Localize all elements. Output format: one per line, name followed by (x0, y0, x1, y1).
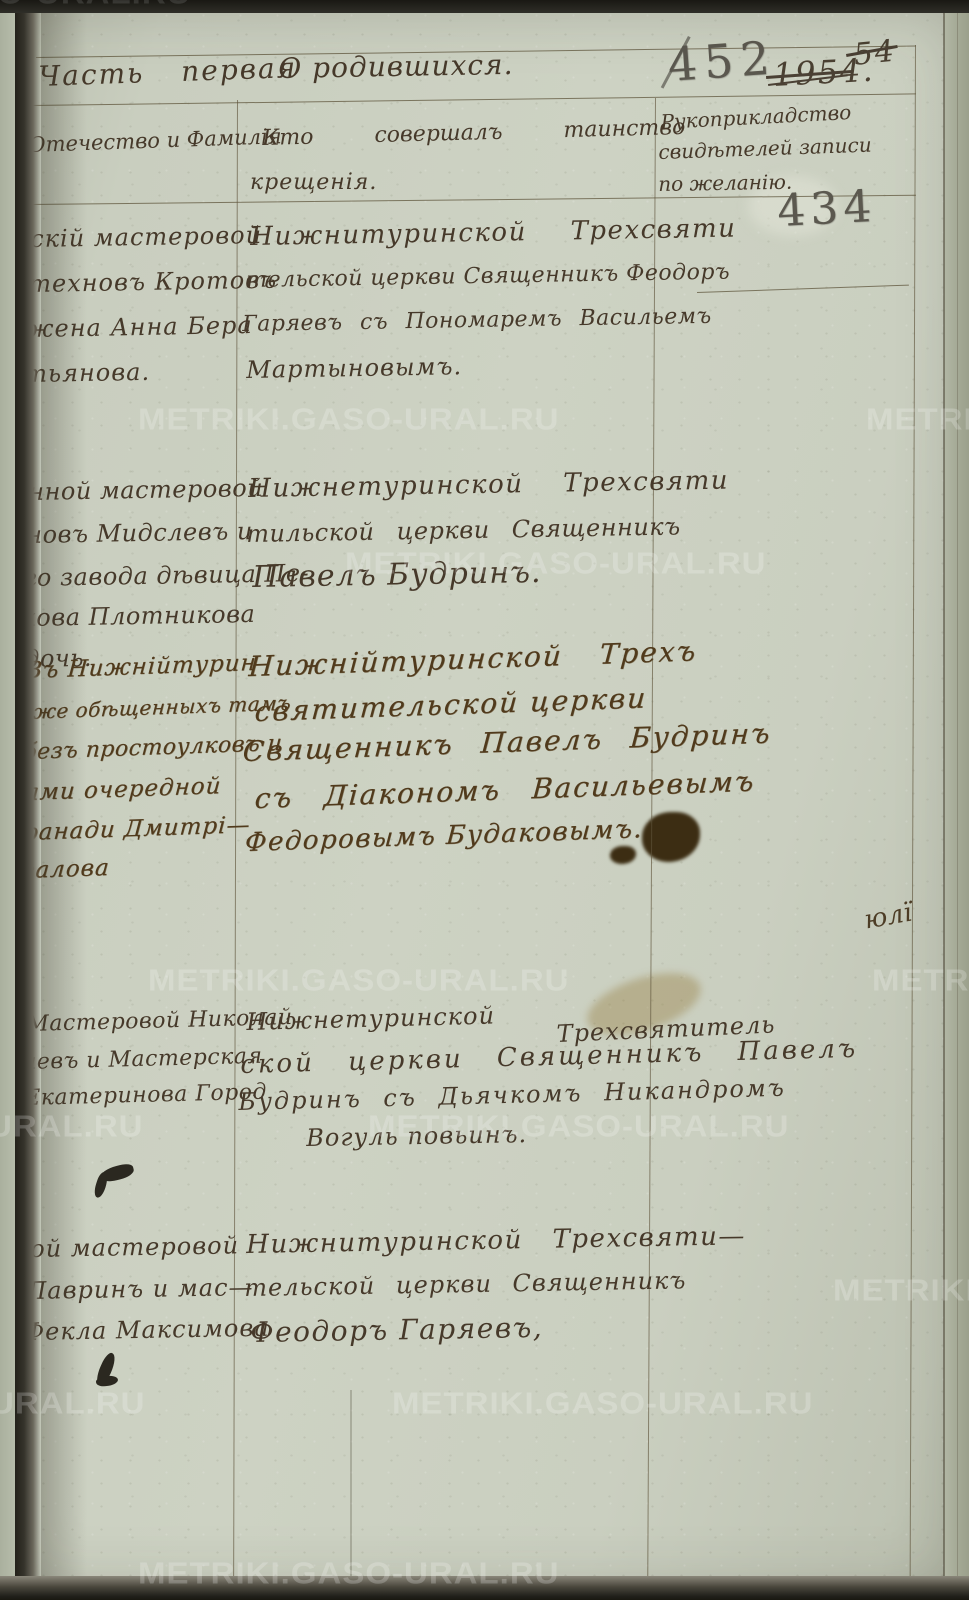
record-line: Нижнійтуринской Трехъ (248, 634, 699, 683)
record-line: ской церкви Священникъ Павелъ (240, 1034, 859, 1080)
record-line: Федоровымъ Будаковымъ. (244, 814, 645, 858)
record-line: Нижнитуринской Трехсвяти— (246, 1221, 746, 1260)
document-scan: Часть первая О родившихся. 452 1954. 54 … (0, 0, 969, 1600)
page-edge-line (943, 0, 945, 1600)
record-line: Мартыновымъ. (246, 352, 462, 384)
page-number-pencil: 452 (666, 30, 778, 91)
paper-crease (350, 1390, 352, 1580)
record-line: Феодоръ Гаряевъ, (250, 1311, 543, 1349)
record-line: Нижнитуринской Трехсвяти (250, 214, 737, 252)
page-edge-line (957, 0, 958, 1600)
watermark: METRIKI.GASO-URAL.RU (345, 546, 766, 581)
record-line: Гаряевъ съ Пономаремъ Васильемъ (242, 304, 712, 337)
facing-page-edge (0, 0, 15, 1600)
ink-blot (610, 846, 636, 864)
watermark: METRIKI.GASO-URAL.RU (392, 1386, 813, 1421)
col2-header-line1: Кто совершалъ таинство (262, 115, 686, 151)
table-ruling-right-border (910, 45, 916, 1578)
watermark: METRIKI.GASO-URAL.RU (138, 1556, 559, 1591)
watermark: METRIKI.GASO-URAL.RU (866, 402, 969, 437)
watermark: METRIKI.GASO-URAL.RU (148, 963, 569, 998)
watermark: METRIKI.GASO-URAL.RU (368, 1109, 789, 1144)
col2-header-line2: крещенія. (250, 170, 377, 195)
col3-header-line3: по желанію. (658, 170, 792, 196)
table-ruling-col3-sub (697, 285, 909, 293)
section-title: О родившихся. (278, 48, 514, 85)
book-binding (15, 0, 41, 1600)
record-line: святительской церкви (254, 681, 649, 728)
col3-header-line2: свидѣтелей записи (658, 133, 872, 164)
watermark: METRIKI.GASO-URAL.RU (0, 1109, 143, 1144)
scan-top-edge: METRIKI.GASO-URAL.RU (0, 0, 969, 13)
margin-note: юлї (862, 898, 914, 936)
watermark: METRIKI.GASO-URAL.RU (0, 0, 191, 11)
record-line: Нижнетуринской (246, 1001, 495, 1035)
col3-header-line1: Рукоприкладство (660, 100, 852, 134)
watermark: METRIKI.GASO-URAL.RU (872, 963, 969, 998)
watermark: METRIKI.GASO-URAL.RU (138, 402, 559, 437)
watermark: METRIKI.GASO-URAL.RU (833, 1273, 969, 1308)
record-line: съ Діакономъ Васильевымъ (254, 765, 757, 816)
record-line: тильской церкви Священникъ (246, 512, 681, 548)
record-line: Нижнетуринской Трехсвяти (248, 466, 729, 504)
record-line: тельской церкви Священникъ Феодоръ (246, 260, 730, 293)
record-line: тельской церкви Священникъ (244, 1266, 687, 1302)
watermark: METRIKI.GASO-URAL.RU (0, 1386, 145, 1421)
binding-shadow (41, 0, 87, 1600)
